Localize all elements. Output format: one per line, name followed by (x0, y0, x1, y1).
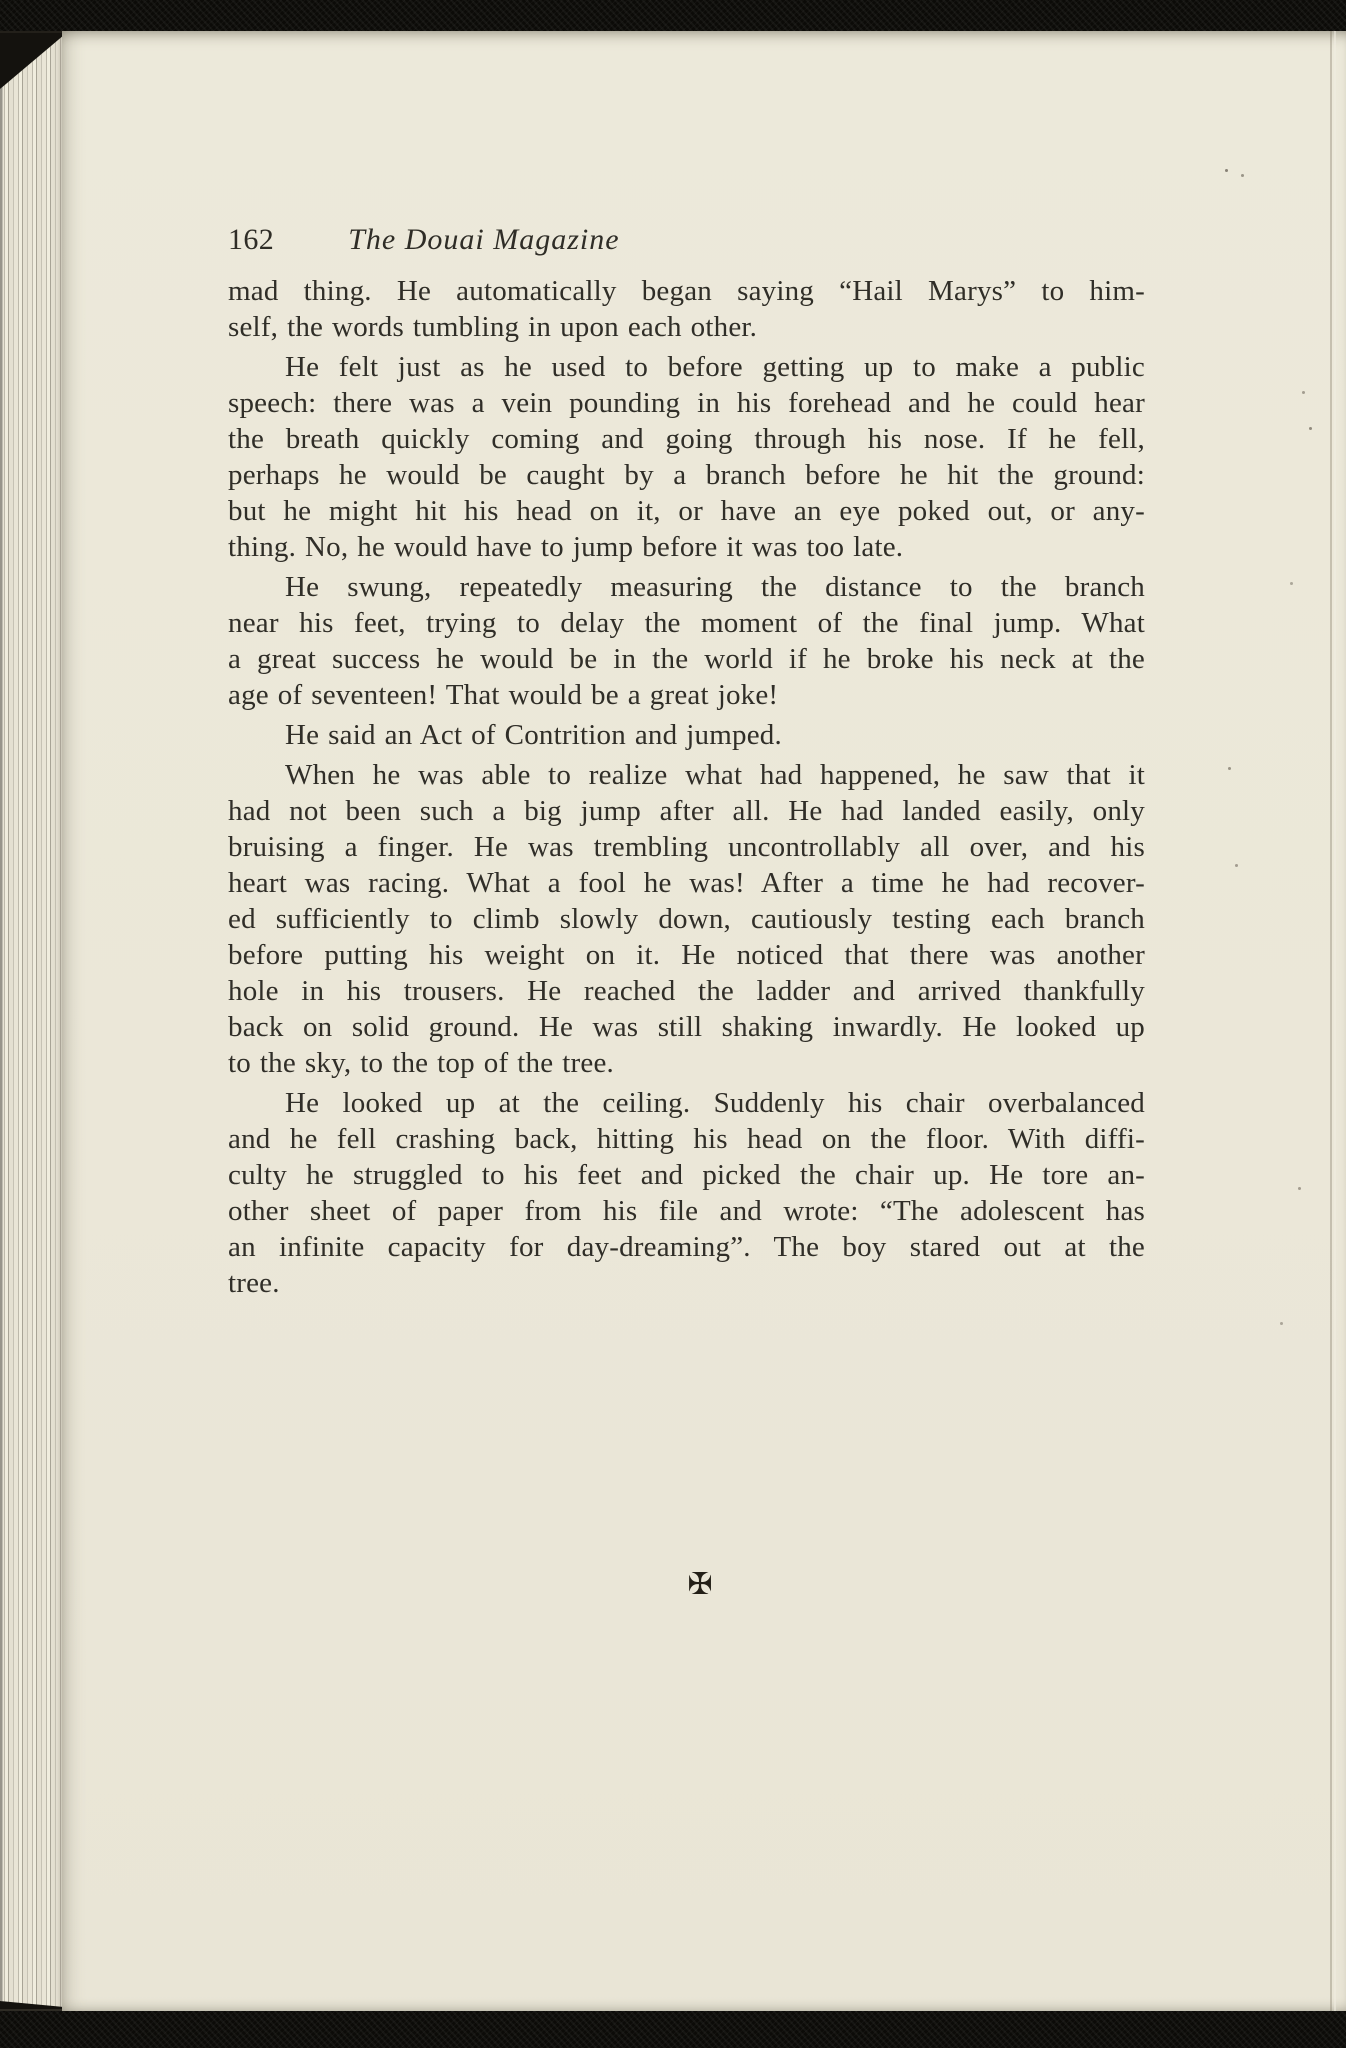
paragraph: He swung, repeatedly measuring the dista… (228, 569, 1145, 713)
body-line: He felt just as he used to before gettin… (228, 349, 1145, 385)
body-line: had not been such a big jump after all. … (228, 793, 1145, 829)
paper-specks (62, 31, 65, 34)
body-line: perhaps he would be caught by a branch b… (228, 457, 1145, 493)
body-line: before putting his weight on it. He noti… (228, 937, 1145, 973)
body-line: an infinite capacity for day-dreaming”. … (228, 1229, 1145, 1265)
page-edge-crease (1330, 31, 1332, 2011)
paragraph: He looked up at the ceiling. Suddenly hi… (228, 1085, 1145, 1301)
body-line: heart was racing. What a fool he was! Af… (228, 865, 1145, 901)
body-line: hole in his trousers. He reached the lad… (228, 973, 1145, 1009)
running-title: The Douai Magazine (348, 221, 619, 258)
paragraph: When he was able to realize what had hap… (228, 757, 1145, 1081)
body-line: tree. (228, 1265, 1145, 1301)
book-cover-bottom-edge (0, 2009, 1346, 2048)
body-line: age of seventeen! That would be a great … (228, 677, 1145, 713)
paragraph: He felt just as he used to before gettin… (228, 349, 1145, 565)
body-line: a great success he would be in the world… (228, 641, 1145, 677)
body-line: He swung, repeatedly measuring the dista… (228, 569, 1145, 605)
body-line: culty he struggled to his feet and picke… (228, 1157, 1145, 1193)
page-edges-stack (0, 31, 64, 2011)
body-line: He looked up at the ceiling. Suddenly hi… (228, 1085, 1145, 1121)
body-text: mad thing. He automatically began saying… (228, 273, 1145, 1301)
body-line: He said an Act of Contrition and jumped. (228, 717, 1145, 753)
body-line: thing. No, he would have to jump before … (228, 529, 1145, 565)
body-line: ed sufficiently to climb slowly down, ca… (228, 901, 1145, 937)
body-line: When he was able to realize what had hap… (228, 757, 1145, 793)
page-header: 162The Douai Magazine (228, 221, 1145, 258)
book-cover-top-edge (0, 0, 1346, 33)
body-line: mad thing. He automatically began saying… (228, 273, 1145, 309)
book-page: 162The Douai Magazine mad thing. He auto… (62, 31, 1346, 2011)
paragraph: mad thing. He automatically began saying… (228, 273, 1145, 345)
body-line: speech: there was a vein pounding in his… (228, 385, 1145, 421)
maltese-cross-ornament: ✠ (660, 1565, 740, 1605)
body-line: near his feet, trying to delay the momen… (228, 605, 1145, 641)
body-line: back on solid ground. He was still shaki… (228, 1009, 1145, 1045)
paragraph: He said an Act of Contrition and jumped. (228, 717, 1145, 753)
body-line: to the sky, to the top of the tree. (228, 1045, 1145, 1081)
body-line: but he might hit his head on it, or have… (228, 493, 1145, 529)
body-line: other sheet of paper from his file and w… (228, 1193, 1145, 1229)
body-line: bruising a finger. He was trembling unco… (228, 829, 1145, 865)
body-line: and he fell crashing back, hitting his h… (228, 1121, 1145, 1157)
body-line: the breath quickly coming and going thro… (228, 421, 1145, 457)
body-line: self, the words tumbling in upon each ot… (228, 309, 1145, 345)
page-number: 162 (228, 221, 274, 258)
